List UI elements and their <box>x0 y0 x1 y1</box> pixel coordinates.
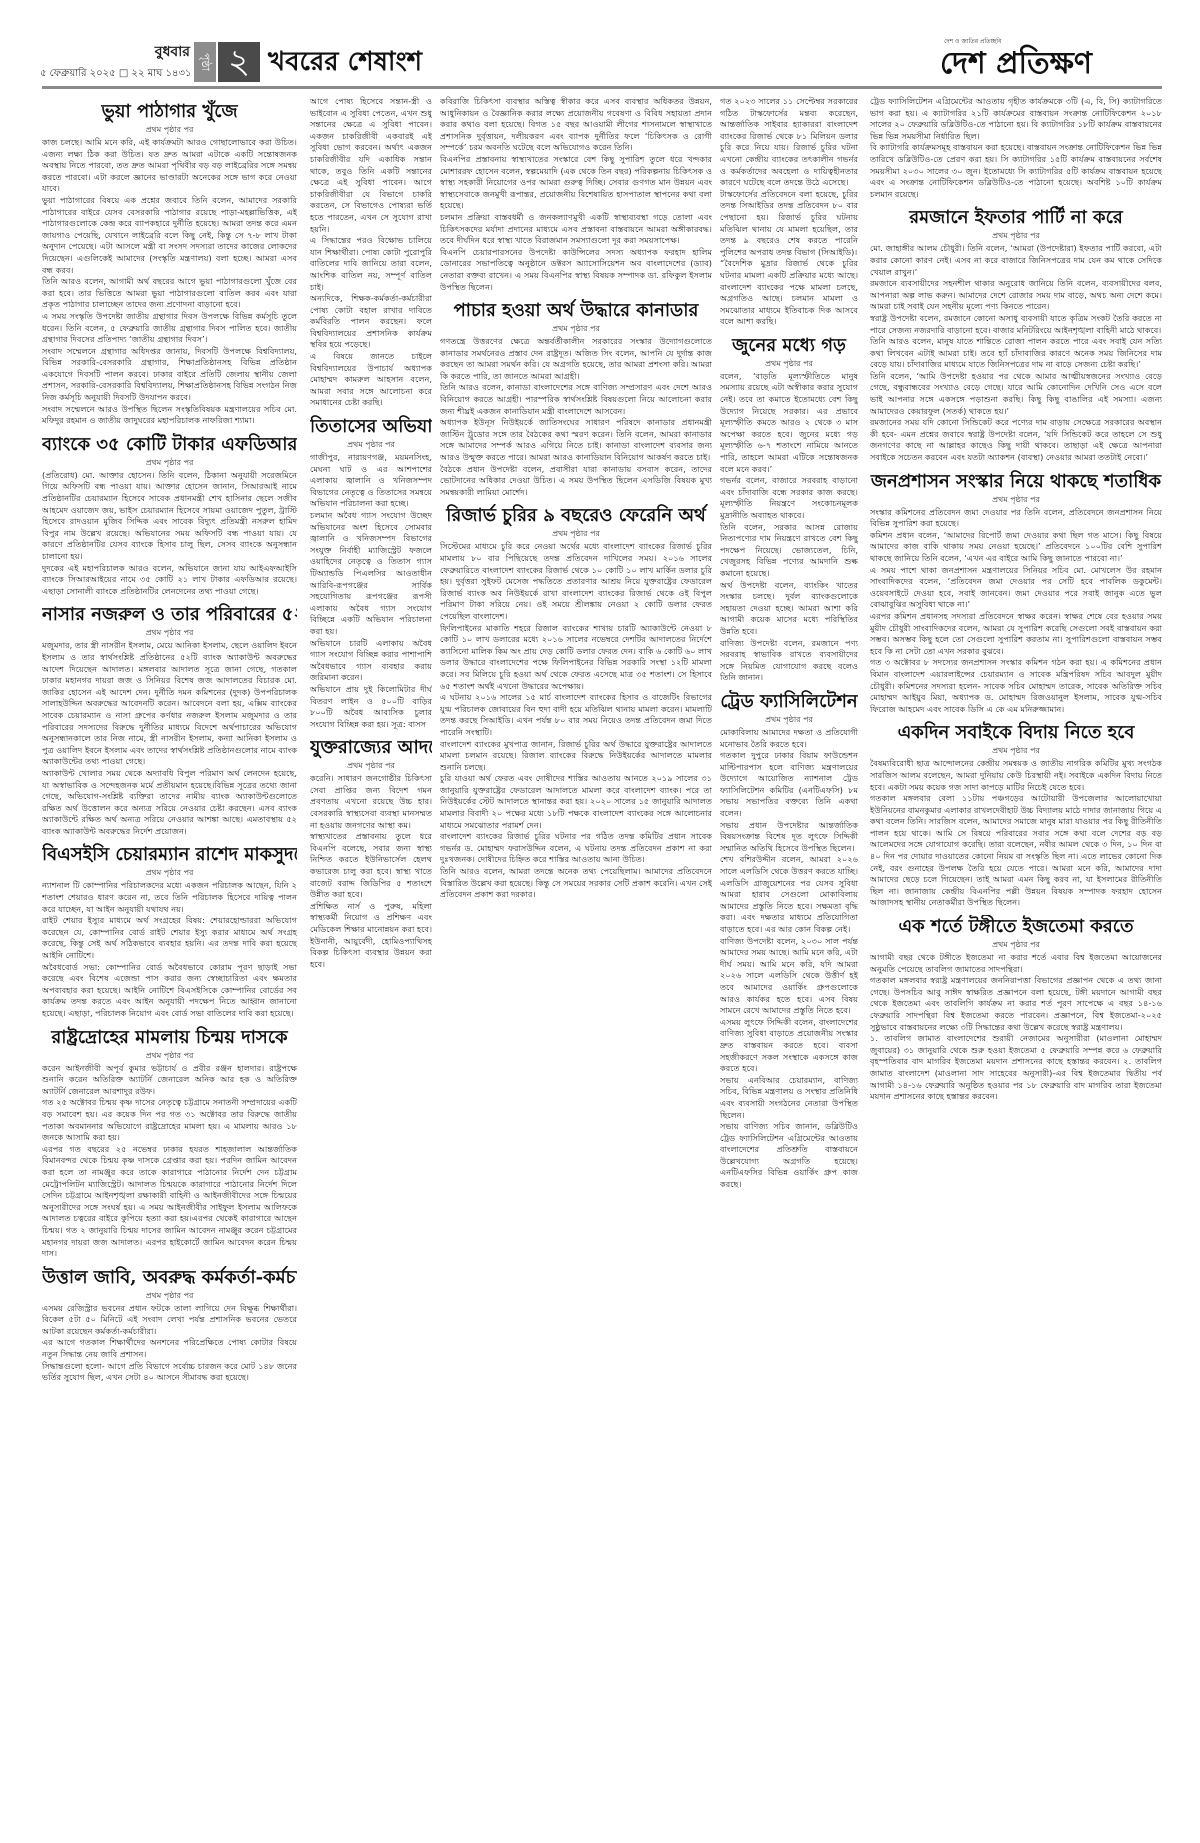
continued-label: প্রথম পৃষ্ঠার পর <box>310 439 432 450</box>
paragraph: গতকাল মঙ্গলবার স্বরাষ্ট্র মন্ত্রণালয়ের … <box>870 975 1162 1033</box>
paragraph: মো. জাহাঙ্গীর আলম চৌধুরী। তিনি বলেন, ‘আম… <box>870 243 1162 278</box>
masthead-divider <box>42 86 1162 89</box>
paragraph: অবৈধবোর্ড সভা: কোম্পানির বোর্ড অবৈধভাবে … <box>42 962 297 1020</box>
paragraph: গত ২৫ অক্টোবর চিন্ময় কৃষ্ণ দাসের নেতৃত্… <box>42 1097 297 1143</box>
paragraph: করেন আইনজীবী অপূর্ব কুমার ভট্টাচার্য ও প… <box>42 1063 297 1098</box>
paragraph: আগামী বছর থেকে টঙ্গীতে ইজতেমা না করার শর… <box>870 952 1162 975</box>
paragraph: গত ২০২৩ সালের ১১ সেপ্টেম্বর সরকারের গঠিত… <box>720 96 858 189</box>
story-trade-continued: ট্রেড ফ্যাসিলিটেশন এগ্রিমেন্টের আওতায় গ… <box>870 96 1162 200</box>
story-canada: পাচার হওয়া অর্থ উদ্ধারে কানাডার প্রথম প… <box>440 299 712 498</box>
headline[interactable]: যুক্তরাজ্যের আদলে <box>310 736 432 760</box>
continued-label: প্রথম পৃষ্ঠার পর <box>870 939 1162 950</box>
paragraph: বিএনপি চেয়ারপারসনের উপদেষ্টা কাউন্সিলের… <box>440 247 712 293</box>
paragraph: সিদ্ধান্তগুলো হলো- আগে প্রতি বিভাগে সর্ব… <box>42 1361 297 1384</box>
page-number: ২ <box>218 42 260 82</box>
continued-label: প্রথম পৃষ্ঠার পর <box>310 760 432 771</box>
story-titas: তিতাসের অভিযানে প্রথম পৃষ্ঠার পর গাজীপুর… <box>310 415 432 730</box>
newspaper-brand[interactable]: দেশ ও জাতির প্রতিচ্ছবি দেশ প্রতিক্ষণ <box>940 36 1180 81</box>
paragraph: ফিলিপাইনের মাকাতি শহরে রিজাল ব্যাংকের শা… <box>440 623 712 693</box>
headline[interactable]: উত্তাল জাবি, অবরুদ্ধ কর্মকর্তা-কর্মচারীর… <box>42 1266 297 1290</box>
continued-label: প্রথম পৃষ্ঠার পর <box>42 124 297 135</box>
paragraph: সভায় প্রধান উপদেষ্টার আন্তর্জাতিক বিষয়… <box>720 820 858 855</box>
continued-label: প্রথম পৃষ্ঠার পর <box>440 323 712 334</box>
paragraph: কবিরাজি চিকিৎসা ব্যবস্থার অস্তিত্ব স্বীক… <box>440 96 712 154</box>
issue-date-block: বুধবার ৫ ফেব্রুয়ারি ২০২৫ □ ২২ মাঘ ১৪৩১ <box>40 40 190 83</box>
paragraph: অধ্যাপক ইউনূস নিউইয়র্কে জাতিসংঘের সাধার… <box>440 417 712 463</box>
paragraph: বি ক্যাটাগরি কার্যক্রমসমূহ বাস্তবায়ন কর… <box>870 142 1162 200</box>
paragraph: আগে পোষ্য হিসেবে সন্তান-স্ত্রী ও ভাইবোন … <box>310 96 432 235</box>
story-jabi-continued: আগে পোষ্য হিসেবে সন্তান-স্ত্রী ও ভাইবোন … <box>310 96 432 409</box>
headline[interactable]: তিতাসের অভিযানে <box>310 415 432 439</box>
paragraph: স্বরাষ্ট্র উপদেষ্টা বলেন, রমজানে কোনো অস… <box>870 313 1162 336</box>
story-jabi: উত্তাল জাবি, অবরুদ্ধ কর্মকর্তা-কর্মচারীর… <box>42 1266 297 1384</box>
paragraph: বাংলাদেশ ব্যাংকের মুখপাত্র জানান, রিজার্… <box>440 739 712 774</box>
story-june-inflation: জুনের মধ্যে গড় প্রথম পৃষ্ঠার পর বলেন, ‘… <box>720 334 858 684</box>
story-farewell: একদিন সবাইকে বিদায় নিতে হবে প্রথম পৃষ্ঠ… <box>870 721 1162 909</box>
paragraph: বলেন, ‘বাড়তি মূল্যস্ফীতিতে মানুষ সমস্যা… <box>720 371 858 475</box>
paragraph: তিনি আরও বলেন, মানুষ যাতে শান্তিতে রোজা … <box>870 336 1162 371</box>
paragraph: করেনি। সাধারণ জনগোষ্ঠীর চিকিৎসা সেবা প্র… <box>310 773 432 831</box>
newspaper-logo: দেশ প্রতিক্ষণ <box>940 47 1180 81</box>
paragraph: তিনি বলেন, সরকার আসন্ন রোজায় নিত্যপণ্যে… <box>720 522 858 580</box>
paragraph: এসময় রেজিস্ট্রার ভবনের প্রধান ফটকে তালা… <box>42 1303 297 1338</box>
paragraph: গাজীপুর, নারায়ণগঞ্জ, ময়মনসিংহ, মেঘনা ঘ… <box>310 452 432 510</box>
paragraph: তিনি বলেন, ‘আমি উপদেষ্টা হওয়ার পর থেকে … <box>870 371 1162 417</box>
story-iftar: রমজানে ইফতার পার্টি না করে প্রথম পৃষ্ঠার… <box>870 206 1162 463</box>
paragraph: কমিশন প্রধান বলেন, ‘আমাদের রিপোর্ট জমা দ… <box>870 530 1162 565</box>
paragraph: বৈষম্যবিরোধী ছাত্র আন্দোলনের কেন্দ্রীয় … <box>870 758 1162 793</box>
headline[interactable]: এক শর্তে টঙ্গীতে ইজতেমা করতে <box>870 915 1162 939</box>
headline[interactable]: ব্যাংকে ৩৫ কোটি টাকার এফডিআর <box>42 433 297 457</box>
issue-day: বুধবার <box>40 40 190 64</box>
paragraph: স্বাস্থ্যখাতের প্রস্তাবনায় তুলে ধরে বিএ… <box>310 831 432 901</box>
story-nasa-nazrul: নাসার নজরুল ও তার পরিবারের ৫২ প্রথম পৃষ্… <box>42 603 297 837</box>
headline[interactable]: জনপ্রশাসন সংস্কার নিয়ে থাকছে শতাধিক <box>870 470 1162 494</box>
story-chinmoy-das: রাষ্ট্রদ্রোহের মামলায় চিন্ময় দাসকে প্র… <box>42 1026 297 1260</box>
headline[interactable]: নাসার নজরুল ও তার পরিবারের ৫২ <box>42 603 297 627</box>
continued-label: প্রথম পৃষ্ঠার পর <box>42 627 297 638</box>
paragraph: এরপর গত বছরের ২৫ নভেম্বর ঢাকার হযরত শাহজ… <box>42 1144 297 1260</box>
paragraph: অর্থ উপদেষ্টা বলেন, ব্যাংকিং খাতের সংস্ক… <box>720 580 858 638</box>
story-uk-model: যুক্তরাজ্যের আদলে প্রথম পৃষ্ঠার পর করেনি… <box>310 736 432 970</box>
continued-label: প্রথম পৃষ্ঠার পর <box>42 1050 297 1061</box>
paragraph: দুদকের এই মহাপরিচালক আরও বলেন, অভিযানে জ… <box>42 563 297 598</box>
paragraph: ১. তাবলিগ জামাত বাংলাদেশের শুরায়ী নেজাম… <box>870 1033 1162 1103</box>
paragraph: রমজানে ব্যবসায়ীদের সহনশীল থাকার অনুরোধ … <box>870 278 1162 313</box>
paragraph: অভিযানে প্রায় দুই কিলোমিটার দীর্ঘ বিতরণ… <box>310 684 432 730</box>
paragraph: গত ৩ অক্টোবর ৮ সদস্যের জনপ্রশাসন সংস্কার… <box>870 657 1162 715</box>
paragraph: মজুমদার, তার স্ত্রী নাসরীন ইসলাম, মেয়ে … <box>42 640 297 768</box>
paragraph: “বৈদেশিক মুদ্রার রিজার্ভ থেকে চুরির ঘটনা… <box>720 258 858 328</box>
paragraph: গতকাল মঙ্গলবার বেলা ১১টায় পঞ্চগড়ের আটো… <box>870 793 1162 909</box>
headline[interactable]: রিজার্ভ চুরির ৯ বছরেও ফেরেনি অর্থ <box>440 504 712 528</box>
continued-label: প্রথম পৃষ্ঠার পর <box>720 358 858 369</box>
paragraph: এর আগে গতকাল শিক্ষার্থীদের অনশনের পরিপ্র… <box>42 1337 297 1360</box>
paragraph: সভায় এনবিআর চেয়ারম্যান, বাণিজ্য সচিব, … <box>720 1075 858 1121</box>
paragraph: চলমান প্রক্রিয়া বাস্তবধর্মী ও জনকল্যাণম… <box>440 212 712 247</box>
paragraph: ন্যাশনাল টি কোম্পানির পরিচালকদের মধ্যে এ… <box>42 880 297 915</box>
headline[interactable]: পাচার হওয়া অর্থ উদ্ধারে কানাডার <box>440 299 712 323</box>
paragraph: প্রশিক্ষিত নার্স ও পুরুষ, মহিলা স্বাস্থ্… <box>310 901 432 971</box>
continued-label: প্রথম পৃষ্ঠার পর <box>720 714 858 725</box>
paragraph: তিনি আরও বলেন, কানাডা বাংলাদেশের সঙ্গে ব… <box>440 382 712 417</box>
masthead: বুধবার ৫ ফেব্রুয়ারি ২০২৫ □ ২২ মাঘ ১৪৩১ … <box>0 0 1200 92</box>
paragraph: এরপর কমিশন প্রধানসহ সদস্যরা প্রতিবেদনে স… <box>870 611 1162 657</box>
issue-date: ৫ ফেব্রুয়ারি ২০২৫ □ ২২ মাঘ ১৪৩১ <box>40 66 190 83</box>
continued-label: প্রথম পৃষ্ঠার পর <box>42 867 297 878</box>
headline[interactable]: জুনের মধ্যে গড় <box>720 334 858 358</box>
paragraph: সংস্কার কমিশনের প্রতিবেদন জমা দেওয়ার পর… <box>870 507 1162 530</box>
column-3: কবিরাজি চিকিৎসা ব্যবস্থার অস্তিত্ব স্বীক… <box>440 96 712 1836</box>
headline[interactable]: একদিন সবাইকে বিদায় নিতে হবে <box>870 721 1162 745</box>
paragraph: চুরি যাওয়া অর্থ ফেরত এবং দোষীদের শাস্তি… <box>440 773 712 831</box>
story-reserve-side: গত ২০২৩ সালের ১১ সেপ্টেম্বর সরকারের গঠিত… <box>720 96 858 328</box>
column-1: ভুয়া পাঠাগার খুঁজে প্রথম পৃষ্ঠার পর কাজ… <box>42 96 297 1836</box>
paragraph: এসময় লুৎফে সিদ্দিকী বলেন, বাংলাদেশের বা… <box>720 1017 858 1075</box>
story-bhuya-pathagar: ভুয়া পাঠাগার খুঁজে প্রথম পৃষ্ঠার পর কাজ… <box>42 100 297 427</box>
continued-label: প্রথম পৃষ্ঠার পর <box>42 1290 297 1301</box>
paragraph: অ্যাকাউন্ট খোলার সময় থেকে অদ্যাবধি বিপু… <box>42 768 297 838</box>
paragraph: চলমান অবৈধ গ্যাস সংযোগ উচ্ছেদ অভিযানের অ… <box>310 510 432 638</box>
news-columns: ভুয়া পাঠাগার খুঁজে প্রথম পৃষ্ঠার পর কাজ… <box>42 96 1162 1836</box>
paragraph: টাস্কফোর্সের প্রতিবেদনে বলা হয়েছে, চুরি… <box>720 189 858 259</box>
story-reserve-heist: রিজার্ভ চুরির ৯ বছরেও ফেরেনি অর্থ প্রথম … <box>440 504 712 900</box>
paragraph: সংবাদ সম্মেলনে গ্রন্থাগার অধিদপ্তর জানায… <box>42 346 297 404</box>
paragraph: বিএনপির প্রস্তাবনায় স্বাস্থ্যখাতের সংস্… <box>440 154 712 212</box>
continued-label: প্রথম পৃষ্ঠার পর <box>440 528 712 539</box>
paragraph: গণতন্ত্রে উত্তরণের ক্ষেত্রে অন্তর্বর্তীক… <box>440 336 712 382</box>
story-health-reform: কবিরাজি চিকিৎসা ব্যবস্থার অস্তিত্ব স্বীক… <box>440 96 712 293</box>
continued-label: প্রথম পৃষ্ঠার পর <box>870 494 1162 505</box>
paragraph: তিনি আরও বলেন, আমরা তদন্তে অনেক তথ্য পেয… <box>440 866 712 901</box>
paragraph: রমজানের সময় যদি কোনো সিন্ডিকেট করে পণ্য… <box>870 417 1162 463</box>
story-bsec-chairman: বিএসইসি চেয়ারম্যান রাশেদ মাকসুদকে প্রথম… <box>42 843 297 1019</box>
continued-label: প্রথম পৃষ্ঠার পর <box>42 457 297 468</box>
paragraph: অন্যদিকে, শিক্ষক-কর্মকর্তা-কর্মচারীরা পো… <box>310 293 432 351</box>
paragraph: ভুয়া পাঠাগারের বিষয়ে এক প্রশ্নের জবাবে… <box>42 195 297 276</box>
paragraph: বাণিজ্য উপদেষ্টা বলেন, ২০৩০ সাল পর্যন্ত … <box>720 936 858 1017</box>
column-2: আগে পোষ্য হিসেবে সন্তান-স্ত্রী ও ভাইবোন … <box>310 96 432 1836</box>
paragraph: সংবাদ সম্মেলনে আরও উপস্থিত ছিলেন সংস্কৃত… <box>42 404 297 427</box>
paragraph: অভিযানে চারটি এলাকায় অবৈধ গ্যাস সংযোগ ব… <box>310 638 432 684</box>
paragraph: এ সময় সংস্কৃতি উপদেষ্টা জাতীয় গ্রন্থাগ… <box>42 311 297 346</box>
paragraph: এ বিষয়ে জানতে চাইলে বিশ্ববিদ্যালয়ের উপ… <box>310 351 432 409</box>
paragraph: বৈঠকে প্রধান উপদেষ্টা বলেন, প্রবাসীরা যা… <box>440 464 712 499</box>
paragraph: শেখ বশিরউদ্দীন বলেন, আমরা ২০২৬ সালে এলডি… <box>720 854 858 935</box>
headline[interactable]: রমজানে ইফতার পার্টি না করে <box>870 206 1162 230</box>
paragraph: এ সিদ্ধান্তের পরও বিক্ষোভ চালিয়ে যান শি… <box>310 235 432 293</box>
story-bank-fdr: ব্যাংকে ৩৫ কোটি টাকার এফডিআর প্রথম পৃষ্ঠ… <box>42 433 297 598</box>
continued-label: প্রথম পৃষ্ঠার পর <box>870 230 1162 241</box>
paragraph: সভায় বাণিজ্য সচিব জানান, ডব্লিউটিও ট্রে… <box>720 1121 858 1191</box>
column-4: গত ২০২৩ সালের ১১ সেপ্টেম্বর সরকারের গঠিত… <box>720 96 858 1836</box>
story-trade-facilitation: ট্রেড ফ্যাসিলিটেশন প্রথম পৃষ্ঠার পর মোকা… <box>720 690 858 1191</box>
headline[interactable]: ভুয়া পাঠাগার খুঁজে <box>42 100 297 124</box>
paragraph: এ সময় পাশে থাকা জনপ্রশাসন মন্ত্রণালয়ের… <box>870 565 1162 611</box>
paragraph: সিস্টেমের মাধ্যমে চুরি করে নেওয়া অর্থের… <box>440 541 712 622</box>
headline[interactable]: বিএসইসি চেয়ারম্যান রাশেদ মাকসুদকে <box>42 843 297 867</box>
continued-label: প্রথম পৃষ্ঠার পর <box>870 745 1162 756</box>
headline[interactable]: ট্রেড ফ্যাসিলিটেশন <box>720 690 858 714</box>
paragraph: গভর্নর বলেন, বাজারে সরবরাহ বাড়ানো এবং চ… <box>720 475 858 521</box>
paragraph: বাংলাদেশ ব্যাংকের রিজার্ভ চুরির ঘটনার পর… <box>440 831 712 866</box>
paragraph: বাণিজ্য উপদেষ্টা বলেন, রমজানে পণ্য সরবরা… <box>720 638 858 684</box>
column-5: ট্রেড ফ্যাসিলিটেশন এগ্রিমেন্টের আওতায় গ… <box>870 96 1162 1836</box>
section-title: খবরের শেষাংশ <box>268 42 422 82</box>
paragraph: (প্রতিরোধ) মো. আক্তার হোসেন। তিনি বলেন, … <box>42 470 297 563</box>
paragraph: তিনি আরও বলেন, আগামী অর্থ বছরের আগে ভুয়… <box>42 276 297 311</box>
page-label: পৃষ্ঠা <box>194 42 216 82</box>
paragraph: ট্রেড ফ্যাসিলিটেশন এগ্রিমেন্টের আওতায় গ… <box>870 96 1162 142</box>
paragraph: গতকাল দুপুরে ঢাকার বিয়াম ফাউন্ডেশন মাল্… <box>720 750 858 820</box>
paragraph: মোকাবিলায় আমাদের দক্ষতা ও প্রতিযোগী মনো… <box>720 727 858 750</box>
paragraph: কাজ চলছে। আমি মনে করি, এই কার্যক্রমটা আর… <box>42 137 297 195</box>
story-ijtema: এক শর্তে টঙ্গীতে ইজতেমা করতে প্রথম পৃষ্ঠ… <box>870 915 1162 1103</box>
paragraph: এ ঘটনায় ২০১৬ সালের ১৫ মার্চ বাংলাদেশ ব্… <box>440 692 712 738</box>
story-public-admin: জনপ্রশাসন সংস্কার নিয়ে থাকছে শতাধিক প্র… <box>870 470 1162 716</box>
headline[interactable]: রাষ্ট্রদ্রোহের মামলায় চিন্ময় দাসকে <box>42 1026 297 1050</box>
paragraph: রাইট শেয়ার ইস্যুর মাধ্যমে অর্থ সংগ্রহের… <box>42 915 297 961</box>
